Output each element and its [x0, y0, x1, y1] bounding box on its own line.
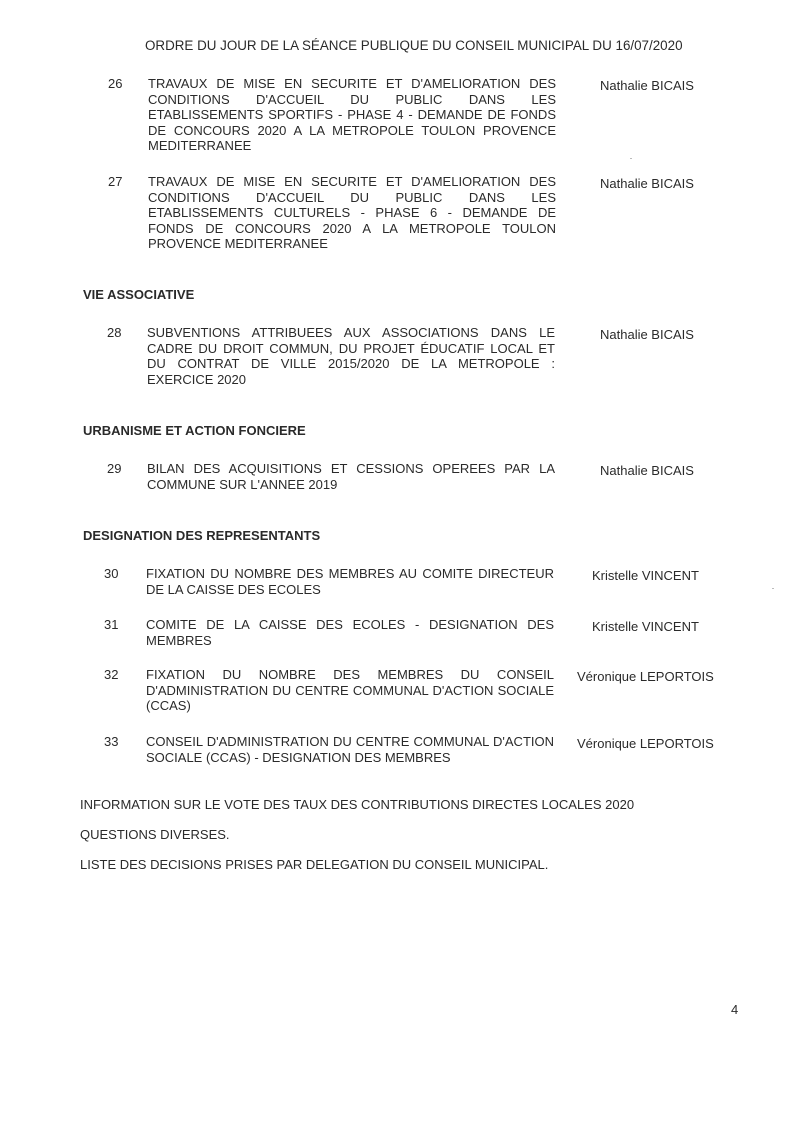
item-number: 29	[107, 461, 121, 477]
item-presenter: Kristelle VINCENT	[592, 619, 699, 635]
item-text: TRAVAUX DE MISE EN SECURITE ET D'AMELIOR…	[148, 174, 556, 252]
item-number: 27	[108, 174, 122, 190]
item-text: SUBVENTIONS ATTRIBUEES AUX ASSOCIATIONS …	[147, 325, 555, 387]
section-heading-designation: DESIGNATION DES REPRESENTANTS	[83, 528, 320, 543]
item-text: TRAVAUX DE MISE EN SECURITE ET D'AMELIOR…	[148, 76, 556, 154]
item-text: FIXATION DU NOMBRE DES MEMBRES AU COMITE…	[146, 566, 554, 597]
page-number: 4	[731, 1002, 738, 1017]
item-number: 26	[108, 76, 122, 92]
item-presenter: Nathalie BICAIS	[600, 176, 694, 192]
item-number: 30	[104, 566, 118, 582]
information-line: INFORMATION SUR LE VOTE DES TAUX DES CON…	[80, 797, 634, 812]
section-heading-vie-associative: VIE ASSOCIATIVE	[83, 287, 194, 302]
item-number: 31	[104, 617, 118, 633]
item-presenter: Véronique LEPORTOIS	[577, 736, 714, 752]
item-text: COMITE DE LA CAISSE DES ECOLES - DESIGNA…	[146, 617, 554, 648]
item-presenter: Véronique LEPORTOIS	[577, 669, 714, 685]
item-text: BILAN DES ACQUISITIONS ET CESSIONS OPERE…	[147, 461, 555, 492]
item-number: 28	[107, 325, 121, 341]
item-text: FIXATION DU NOMBRE DES MEMBRES DU CONSEI…	[146, 667, 554, 714]
scan-speck	[772, 588, 774, 589]
item-number: 33	[104, 734, 118, 750]
item-presenter: Nathalie BICAIS	[600, 78, 694, 94]
item-presenter: Nathalie BICAIS	[600, 327, 694, 343]
decisions-line: LISTE DES DECISIONS PRISES PAR DELEGATIO…	[80, 857, 548, 872]
scan-speck	[630, 158, 632, 159]
item-number: 32	[104, 667, 118, 683]
item-text: CONSEIL D'ADMINISTRATION DU CENTRE COMMU…	[146, 734, 554, 765]
section-heading-urbanisme: URBANISME ET ACTION FONCIERE	[83, 423, 306, 438]
questions-line: QUESTIONS DIVERSES.	[80, 827, 230, 842]
document-title: ORDRE DU JOUR DE LA SÉANCE PUBLIQUE DU C…	[145, 38, 705, 53]
item-presenter: Nathalie BICAIS	[600, 463, 694, 479]
item-presenter: Kristelle VINCENT	[592, 568, 699, 584]
